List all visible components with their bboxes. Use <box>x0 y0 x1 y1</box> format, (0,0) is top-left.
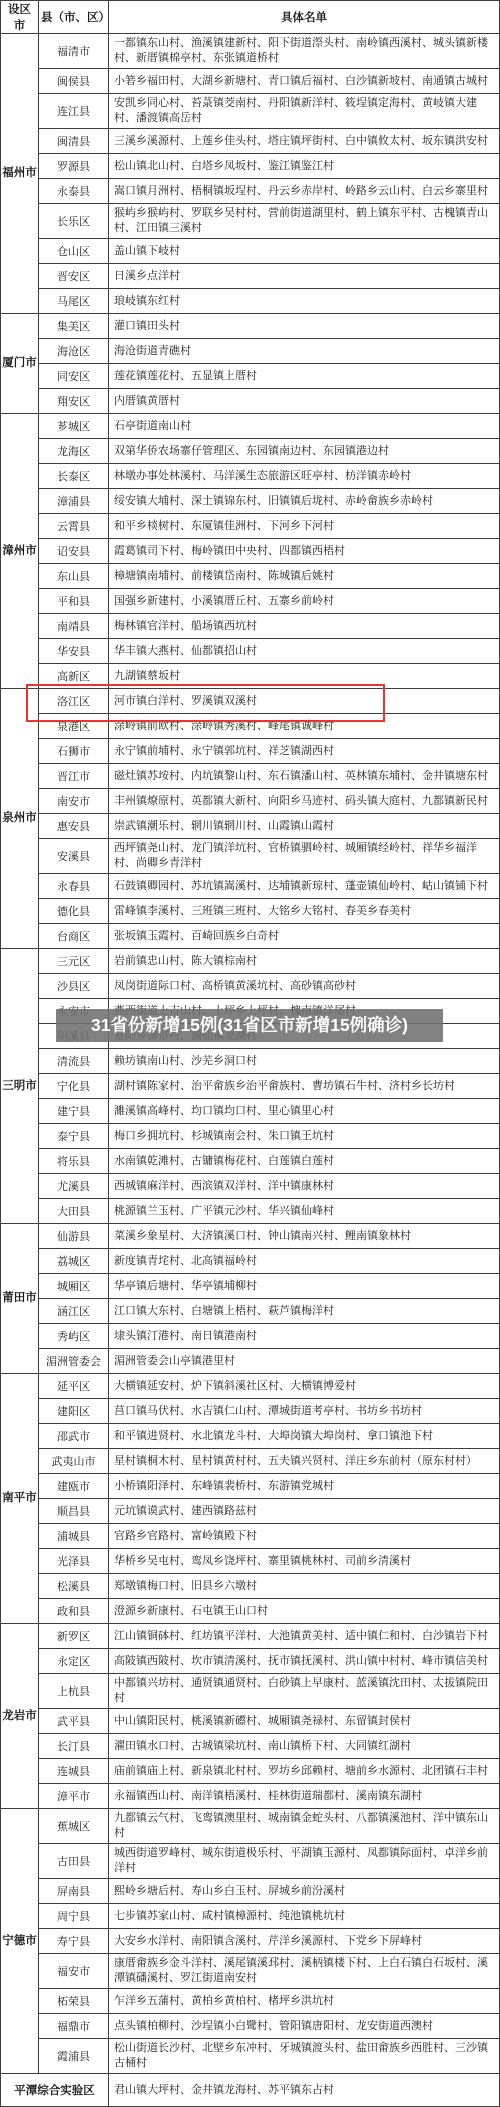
county-cell: 建宁县 <box>39 1099 109 1124</box>
county-cell: 芗城区 <box>39 414 109 439</box>
city-cell: 三明市 <box>1 949 39 1224</box>
village-list-cell: 岩前镇忠山村、陈大镇棕南村 <box>109 949 500 974</box>
article-title-overlay: 31省份新增15例(31省区市新增15例确诊) <box>56 1009 443 1042</box>
village-list-cell: 松山街道长沙村、北壁乡东冲村、牙城镇渡头村、盐田畲族乡西胜村、三沙镇古桶村 <box>109 2039 500 2074</box>
village-list-cell: 梅林镇官洋村、船场镇西坑村 <box>109 614 500 639</box>
village-list-cell: 石亭街道南山村 <box>109 414 500 439</box>
table-row: 闽侯县小箬乡福田村、大湖乡新塘村、青口镇后福村、白沙镇新坡村、南通镇古城村 <box>1 69 500 94</box>
city-cell: 漳州市 <box>1 414 39 689</box>
village-list-cell: 濉溪镇高峰村、均口镇均口村、里心镇里心村 <box>109 1099 500 1124</box>
village-list-cell: 九都镇云气村、飞鸾镇澳里村、城南镇金蛇头村、八都镇溪池村、洋中镇东山村 <box>109 1809 500 1844</box>
table-row: 福鼎市点头镇柏柳村、沙埕镇小白鹭村、管阳镇唐阳村、龙安街道西澳村 <box>1 2014 500 2039</box>
table-row: 福州市福清市一都镇东山村、渔溪镇建新村、阳下街道漈头村、南岭镇西溪村、城头镇新楼… <box>1 34 500 69</box>
table-row: 南安市丰州镇燎原村、英都镇大新村、向阳乡马迹村、码头镇大庭村、九都镇新民村 <box>1 789 500 814</box>
county-cell: 惠安县 <box>39 814 109 839</box>
county-cell: 宁化县 <box>39 1074 109 1099</box>
county-cell: 高新区 <box>39 664 109 689</box>
village-list-cell: 城西街道罗峰村、城东街道极乐村、平湖镇玉源村、凤都镇际面村、卓洋乡前洋村 <box>109 1844 500 1879</box>
table-row: 诏安县霞葛镇司下村、梅岭镇田中央村、四都镇西梧村 <box>1 539 500 564</box>
pingtan-region-cell: 平潭综合实验区 <box>1 2074 109 2107</box>
county-cell: 罗源县 <box>39 154 109 179</box>
table-row: 长乐区猴屿乡猴屿村、罗联乡吴村村、营前街道湖里村、鹤上镇东平村、古槐镇青山村、江… <box>1 204 500 239</box>
table-row: 松溪县郑墩镇梅口村、旧县乡六墩村 <box>1 1574 500 1599</box>
county-cell: 集美区 <box>39 314 109 339</box>
county-cell: 台商区 <box>39 924 109 949</box>
county-cell: 沙县区 <box>39 974 109 999</box>
table-row: 寿宁县大安乡水洋村、南阳镇含溪村、芹洋乡溪源村、下党乡下屏峰村 <box>1 1929 500 1954</box>
village-list-cell: 嵩口镇月洲村、梧桐镇坂埕村、丹云乡赤岸村、岭路乡云山村、白云乡寨里村 <box>109 179 500 204</box>
village-list-cell: 中山镇阳民村、桃溪镇新礤村、城厢镇尧禄村、东留镇封侯村 <box>109 1709 500 1734</box>
village-list-cell: 西城镇麻洋村、西滨镇双洋村、洋中镇康林村 <box>109 1174 500 1199</box>
village-list-cell: 张坂镇玉霞村、百崎回族乡白奇村 <box>109 924 500 949</box>
table-row: 屏南县熙岭乡塘后村、寿山乡白玉村、屏城乡前汾溪村 <box>1 1879 500 1904</box>
table-row: 政和县澄源乡新康村、石屯镇王山口村 <box>1 1599 500 1624</box>
table-row: 马尾区琅岐镇东红村 <box>1 289 500 314</box>
county-cell: 大田县 <box>39 1199 109 1224</box>
village-list-cell: 绥安镇大埔村、深土镇锦东村、旧镇镇后垅村、赤岭畲族乡赤岭村 <box>109 489 500 514</box>
table-row: 泉州市洛江区河市镇白洋村、罗溪镇双溪村 <box>1 689 500 714</box>
table-row: 建瓯市小桥镇阳泽村、东峰镇裴桥村、东游镇党城村 <box>1 1474 500 1499</box>
county-cell: 漳浦县 <box>39 489 109 514</box>
county-cell: 连江县 <box>39 94 109 129</box>
table-row: 建阳区莒口镇马伏村、水吉镇仁山村、潭城街道考亭村、书坊乡书坊村 <box>1 1399 500 1424</box>
table-row-pingtan: 平潭综合实验区君山镇大坪村、金井镇龙海村、苏平镇东占村 <box>1 2074 500 2107</box>
village-list-cell: 郑墩镇梅口村、旧县乡六墩村 <box>109 1574 500 1599</box>
table-row: 石狮市永宁镇前埔村、永宁镇郭坑村、祥芝镇湖西村 <box>1 739 500 764</box>
table-row: 城厢区华亭镇后塘村、华亭镇埔柳村 <box>1 1274 500 1299</box>
county-cell: 平和县 <box>39 589 109 614</box>
county-cell: 仓山区 <box>39 239 109 264</box>
county-cell: 永泰县 <box>39 179 109 204</box>
table-row: 漳浦县绥安镇大埔村、深土镇锦东村、旧镇镇后垅村、赤岭畲族乡赤岭村 <box>1 489 500 514</box>
table-row: 霞浦县松山街道长沙村、北壁乡东冲村、牙城镇渡头村、盐田畲族乡西胜村、三沙镇古桶村 <box>1 2039 500 2074</box>
village-list-cell: 灌口镇田头村 <box>109 314 500 339</box>
village-list-cell: 水南镇乾滩村、古镛镇梅花村、白莲镇白莲村 <box>109 1149 500 1174</box>
village-list-cell: 梅口乡拥坑村、杉城镇南会村、朱口镇王坑村 <box>109 1124 500 1149</box>
village-list-cell: 江口镇大东村、白塘镇上梧村、萩芦镇梅洋村 <box>109 1299 500 1324</box>
table-row: 南平市延平区大横镇延安村、炉下镇斜溪社区村、大横镇博爱村 <box>1 1374 500 1399</box>
village-list-cell: 国强乡新建村、小溪镇厝丘村、五寨乡前岭村 <box>109 589 500 614</box>
village-list-cell: 西坪镇尧山村、龙门镇洋坑村、官桥镇驷岭村、城厢镇经岭村、祥华乡福洋村、尚卿乡青洋… <box>109 839 500 874</box>
page: 设区市 县（市、区） 具体名单 福州市福清市一都镇东山村、渔溪镇建新村、阳下街道… <box>0 0 500 2107</box>
table-row: 建宁县濉溪镇高峰村、均口镇均口村、里心镇里心村 <box>1 1099 500 1124</box>
col-header-county: 县（市、区） <box>39 1 109 34</box>
village-list-cell: 高陂镇西陂村、坎市镇清溪村、抚市镇抚溪村、洪山镇中村村、峰市镇信美村 <box>109 1649 500 1674</box>
table-row: 沙县区凤岗街道际口村、高桥镇黄溪坑村、高砂镇高砂村 <box>1 974 500 999</box>
village-list-cell: 猴屿乡猴屿村、罗联乡吴村村、营前街道湖里村、鹤上镇东平村、古槐镇青山村、江田镇三… <box>109 204 500 239</box>
village-list-cell: 小箬乡福田村、大湖乡新塘村、青口镇后福村、白沙镇新坡村、南通镇古城村 <box>109 69 500 94</box>
village-list-cell: 和平镇进贤村、水北镇龙斗村、大埠岗镇大埠岗村、拿口镇池下村 <box>109 1424 500 1449</box>
table-row: 海沧区海沧街道青礁村 <box>1 339 500 364</box>
village-list-cell: 赖坊镇南山村、沙芜乡洞口村 <box>109 1049 500 1074</box>
county-cell: 建阳区 <box>39 1399 109 1424</box>
table-row: 福安市康厝畲族乡金斗洋村、溪尾镇溪邳村、溪柄镇楼下村、上白石镇白石坂村、溪潭镇磻… <box>1 1954 500 1989</box>
village-list-cell: 永福镇西山村、南洋镇梧溪村、桂林街道瑞都村、溪南镇东湖村 <box>109 1784 500 1809</box>
county-cell: 德化县 <box>39 899 109 924</box>
county-cell: 翔安区 <box>39 389 109 414</box>
county-cell: 南安市 <box>39 789 109 814</box>
county-cell: 永定区 <box>39 1649 109 1674</box>
table-row: 罗源县松山镇北山村、白塔乡凤坂村、鉴江镇鉴江村 <box>1 154 500 179</box>
county-cell: 延平区 <box>39 1374 109 1399</box>
county-cell: 晋江市 <box>39 764 109 789</box>
village-list-cell: 小桥镇阳泽村、东峰镇裴桥村、东游镇党城村 <box>109 1474 500 1499</box>
city-cell: 厦门市 <box>1 314 39 414</box>
village-list-cell: 君山镇大坪村、金井镇龙海村、苏平镇东占村 <box>109 2074 500 2107</box>
county-cell: 永春县 <box>39 874 109 899</box>
table-row: 邵武市和平镇进贤村、水北镇龙斗村、大埠岗镇大埠岗村、拿口镇池下村 <box>1 1424 500 1449</box>
table-row: 顺昌县元坑镇谟武村、建西镇路兹村 <box>1 1499 500 1524</box>
county-cell: 光泽县 <box>39 1549 109 1574</box>
village-list-cell: 和平乡棪树村、东厦镇佳洲村、下河乡下河村 <box>109 514 500 539</box>
table-row: 平和县国强乡新建村、小溪镇厝丘村、五寨乡前岭村 <box>1 589 500 614</box>
table-row: 秀屿区埭头镇汀港村、南日镇港南村 <box>1 1324 500 1349</box>
table-row: 安溪县西坪镇尧山村、龙门镇洋坑村、官桥镇驷岭村、城厢镇经岭村、祥华乡福洋村、尚卿… <box>1 839 500 874</box>
table-row: 柘荣县乍洋乡五蒲村、黄柏乡黄柏村、楮坪乡洪坑村 <box>1 1989 500 2014</box>
table-row: 永泰县嵩口镇月洲村、梧桐镇坂埕村、丹云乡赤岸村、岭路乡云山村、白云乡寨里村 <box>1 179 500 204</box>
village-list-cell: 濯田镇水口村、古城镇梁坑村、南山镇桥下村、大同镇红湖村 <box>109 1734 500 1759</box>
village-list-cell: 三溪乡溪源村、上莲乡佳头村、塔庄镇坪街村、白中镇攸太村、坂东镇洪安村 <box>109 129 500 154</box>
table-row: 清流县赖坊镇南山村、沙芜乡洞口村 <box>1 1049 500 1074</box>
village-list-cell: 莲花镇莲花村、五显镇上厝村 <box>109 364 500 389</box>
table-row: 古田县城西街道罗峰村、城东街道极乐村、平湖镇玉源村、凤都镇际面村、卓洋乡前洋村 <box>1 1844 500 1879</box>
table-body: 福州市福清市一都镇东山村、渔溪镇建新村、阳下街道漈头村、南岭镇西溪村、城头镇新楼… <box>1 34 500 2107</box>
table-row: 涵江区江口镇大东村、白塘镇上梧村、萩芦镇梅洋村 <box>1 1299 500 1324</box>
county-cell: 漳平市 <box>39 1784 109 1809</box>
table-row: 翔安区内厝镇黄厝村 <box>1 389 500 414</box>
county-cell: 长泰区 <box>39 464 109 489</box>
table-row: 光泽县华桥乡吴屯村、鸾凤乡饶坪村、寨里镇桃林村、司前乡清溪村 <box>1 1549 500 1574</box>
village-list-cell: 大安乡水洋村、南阳镇含溪村、芹洋乡溪源村、下党乡下屏峰村 <box>109 1929 500 1954</box>
city-cell: 宁德市 <box>1 1809 39 2074</box>
village-list-cell: 桃源镇兰玉村、广平镇元沙村、华兴镇仙峰村 <box>109 1199 500 1224</box>
village-list-cell: 双第华侨农场寨仔管理区、东园镇南边村、东园镇港边村 <box>109 439 500 464</box>
county-cell: 华安县 <box>39 639 109 664</box>
village-list-cell: 菜溪乡象星村、大济镇溪口村、钟山镇南兴村、鲤南镇象林村 <box>109 1224 500 1249</box>
county-cell: 福安市 <box>39 1954 109 1989</box>
city-cell: 龙岩市 <box>1 1624 39 1809</box>
table-row: 仓山区盖山镇下岐村 <box>1 239 500 264</box>
village-list-cell: 崇武镇潮乐村、辋川镇辋川村、山霞镇山霞村 <box>109 814 500 839</box>
county-cell: 浦城县 <box>39 1524 109 1549</box>
county-cell: 政和县 <box>39 1599 109 1624</box>
village-list-cell: 日溪乡点洋村 <box>109 264 500 289</box>
table-row: 永定区高陂镇西陂村、坎市镇清溪村、抚市镇抚溪村、洪山镇中村村、峰市镇信美村 <box>1 1649 500 1674</box>
table-row: 龙海区双第华侨农场寨仔管理区、东园镇南边村、东园镇港边村 <box>1 439 500 464</box>
village-list-cell: 江山镇铜砵村、红坊镇平洋村、大池镇黄美村、适中镇仁和村、白沙镇岩下村 <box>109 1624 500 1649</box>
county-cell: 建瓯市 <box>39 1474 109 1499</box>
table-row: 尤溪县西城镇麻洋村、西滨镇双洋村、洋中镇康林村 <box>1 1174 500 1199</box>
table-row: 大田县桃源镇兰玉村、广平镇元沙村、华兴镇仙峰村 <box>1 1199 500 1224</box>
village-list-cell: 一都镇东山村、渔溪镇建新村、阳下街道漈头村、南岭镇西溪村、城头镇新楼村、新厝镇棉… <box>109 34 500 69</box>
county-cell: 云霄县 <box>39 514 109 539</box>
table-row: 德化县雷峰镇李溪村、三班镇三班村、大铭乡大铭村、春美乡春美村 <box>1 899 500 924</box>
village-list-cell: 澄源乡新康村、石屯镇王山口村 <box>109 1599 500 1624</box>
county-cell: 屏南县 <box>39 1879 109 1904</box>
village-list-cell: 安凯乡同心村、苔菉镇茭南村、丹阳镇新洋村、筱埕镇定海村、黄岐镇大建村、潘渡镇高岳… <box>109 94 500 129</box>
village-list-cell: 磁灶镇苏垵村、内坑镇黎山村、东石镇潘山村、英林镇东埔村、金井镇塘东村 <box>109 764 500 789</box>
table-row: 将乐县水南镇乾滩村、古镛镇梅花村、白莲镇白莲村 <box>1 1149 500 1174</box>
village-list-cell: 乍洋乡五蒲村、黄柏乡黄柏村、楮坪乡洪坑村 <box>109 1989 500 2014</box>
table-row: 泰宁县梅口乡拥坑村、杉城镇南会村、朱口镇王坑村 <box>1 1124 500 1149</box>
table-row: 漳平市永福镇西山村、南洋镇梧溪村、桂林街道瑞都村、溪南镇东湖村 <box>1 1784 500 1809</box>
county-cell: 湄洲管委会 <box>39 1349 109 1374</box>
village-list-cell: 湄洲管委会山亭镇港里村 <box>109 1349 500 1374</box>
table-row: 长泰区林墩办事处林溪村、马洋溪生态旅游区旺亭村、枋洋镇赤岭村 <box>1 464 500 489</box>
table-row: 莆田市仙游县菜溪乡象星村、大济镇溪口村、钟山镇南兴村、鲤南镇象林村 <box>1 1224 500 1249</box>
table-row: 惠安县崇武镇潮乐村、辋川镇辋川村、山霞镇山霞村 <box>1 814 500 839</box>
table-row: 浦城县官路乡官路村、富岭镇殿下村 <box>1 1524 500 1549</box>
region-table: 设区市 县（市、区） 具体名单 福州市福清市一都镇东山村、渔溪镇建新村、阳下街道… <box>0 0 500 2107</box>
table-row: 湄洲管委会湄洲管委会山亭镇港里村 <box>1 1349 500 1374</box>
table-row: 连江县安凯乡同心村、苔菉镇茭南村、丹阳镇新洋村、筱埕镇定海村、黄岐镇大建村、潘渡… <box>1 94 500 129</box>
village-list-cell: 盖山镇下岐村 <box>109 239 500 264</box>
village-list-cell: 河市镇白洋村、罗溪镇双溪村 <box>109 689 500 714</box>
county-cell: 东山县 <box>39 564 109 589</box>
county-cell: 长乐区 <box>39 204 109 239</box>
table-row: 龙岩市新罗区江山镇铜砵村、红坊镇平洋村、大池镇黄美村、适中镇仁和村、白沙镇岩下村 <box>1 1624 500 1649</box>
table-row: 南靖县梅林镇官洋村、船场镇西坑村 <box>1 614 500 639</box>
county-cell: 上杭县 <box>39 1674 109 1709</box>
village-list-cell: 内厝镇黄厝村 <box>109 389 500 414</box>
header-row: 设区市 县（市、区） 具体名单 <box>1 1 500 34</box>
table-row: 漳州市芗城区石亭街道南山村 <box>1 414 500 439</box>
table-row: 永春县石鼓镇卿园村、苏坑镇嵩溪村、达埔镇新琼村、蓬壶镇仙岭村、岵山镇铺下村 <box>1 874 500 899</box>
county-cell: 闽清县 <box>39 129 109 154</box>
county-cell: 三元区 <box>39 949 109 974</box>
village-list-cell: 林墩办事处林溪村、马洋溪生态旅游区旺亭村、枋洋镇赤岭村 <box>109 464 500 489</box>
table-row: 荔城区新度镇青垞村、北高镇福岭村 <box>1 1249 500 1274</box>
county-cell: 新罗区 <box>39 1624 109 1649</box>
village-list-cell: 熙岭乡塘后村、寿山乡白玉村、屏城乡前汾溪村 <box>109 1879 500 1904</box>
village-list-cell: 官路乡官路村、富岭镇殿下村 <box>109 1524 500 1549</box>
table-row: 宁化县湖村镇陈家村、治平畲族乡治平畲族村、曹坊镇石牛村、济村乡长坊村 <box>1 1074 500 1099</box>
county-cell: 洛江区 <box>39 689 109 714</box>
village-list-cell: 点头镇柏柳村、沙埕镇小白鹭村、管阳镇唐阳村、龙安街道西澳村 <box>109 2014 500 2039</box>
village-list-cell: 海沧街道青礁村 <box>109 339 500 364</box>
col-header-list: 具体名单 <box>109 1 500 34</box>
table-row: 长汀县濯田镇水口村、古城镇梁坑村、南山镇桥下村、大同镇红湖村 <box>1 1734 500 1759</box>
county-cell: 荔城区 <box>39 1249 109 1274</box>
county-cell: 柘荣县 <box>39 1989 109 2014</box>
table-row: 晋江市磁灶镇苏垵村、内坑镇黎山村、东石镇潘山村、英林镇东埔村、金井镇塘东村 <box>1 764 500 789</box>
county-cell: 石狮市 <box>39 739 109 764</box>
county-cell: 武平县 <box>39 1709 109 1734</box>
village-list-cell: 永宁镇前埔村、永宁镇郭坑村、祥芝镇湖西村 <box>109 739 500 764</box>
village-list-cell: 九湖镇蔡坂村 <box>109 664 500 689</box>
county-cell: 秀屿区 <box>39 1324 109 1349</box>
table-row: 宁德市蕉城区九都镇云气村、飞鸾镇澳里村、城南镇金蛇头村、八都镇溪池村、洋中镇东山… <box>1 1809 500 1844</box>
table-row: 三明市三元区岩前镇忠山村、陈大镇棕南村 <box>1 949 500 974</box>
city-cell: 南平市 <box>1 1374 39 1624</box>
county-cell: 蕉城区 <box>39 1809 109 1844</box>
table-row: 连城县庙前镇庙上村、新泉镇北村村、罗坊乡邱赖村、塘前乡水源村、北团镇石丰村 <box>1 1759 500 1784</box>
village-list-cell: 樟塘镇南埔村、前楼镇岱南村、陈城镇后姚村 <box>109 564 500 589</box>
village-list-cell: 琅岐镇东红村 <box>109 289 500 314</box>
county-cell: 武夷山市 <box>39 1449 109 1474</box>
table-row: 台商区张坂镇玉霞村、百崎回族乡白奇村 <box>1 924 500 949</box>
county-cell: 周宁县 <box>39 1904 109 1929</box>
table-row: 武平县中山镇阳民村、桃溪镇新礤村、城厢镇尧禄村、东留镇封侯村 <box>1 1709 500 1734</box>
village-list-cell: 华桥乡吴屯村、鸾凤乡饶坪村、寨里镇桃林村、司前乡清溪村 <box>109 1549 500 1574</box>
county-cell: 泰宁县 <box>39 1124 109 1149</box>
table-row: 武夷山市星村镇桐木村、星村镇黄村村、五夫镇兴贤村、洋庄乡东前村（原东村村） <box>1 1449 500 1474</box>
village-list-cell: 元坑镇谟武村、建西镇路兹村 <box>109 1499 500 1524</box>
table-row: 厦门市集美区灌口镇田头村 <box>1 314 500 339</box>
village-list-cell: 大横镇延安村、炉下镇斜溪社区村、大横镇博爱村 <box>109 1374 500 1399</box>
county-cell: 晋安区 <box>39 264 109 289</box>
village-list-cell: 涂岭镇前欧村、涂岭镇秀溪村、峰尾镇诚峰村 <box>109 714 500 739</box>
county-cell: 仙游县 <box>39 1224 109 1249</box>
village-list-cell: 凤岗街道际口村、高桥镇黄溪坑村、高砂镇高砂村 <box>109 974 500 999</box>
county-cell: 古田县 <box>39 1844 109 1879</box>
village-list-cell: 庙前镇庙上村、新泉镇北村村、罗坊乡邱赖村、塘前乡水源村、北团镇石丰村 <box>109 1759 500 1784</box>
county-cell: 诏安县 <box>39 539 109 564</box>
county-cell: 清流县 <box>39 1049 109 1074</box>
village-list-cell: 华丰镇大燕村、仙都镇招山村 <box>109 639 500 664</box>
county-cell: 福清市 <box>39 34 109 69</box>
table-row: 高新区九湖镇蔡坂村 <box>1 664 500 689</box>
county-cell: 涵江区 <box>39 1299 109 1324</box>
county-cell: 将乐县 <box>39 1149 109 1174</box>
village-list-cell: 新度镇青垞村、北高镇福岭村 <box>109 1249 500 1274</box>
table-row: 云霄县和平乡棪树村、东厦镇佳洲村、下河乡下河村 <box>1 514 500 539</box>
city-cell: 莆田市 <box>1 1224 39 1374</box>
county-cell: 长汀县 <box>39 1734 109 1759</box>
table-row: 上杭县中都镇兴坊村、通贤镇通贤村、白砂镇上早康村、蓝溪镇沈田村、太拔镇院田村 <box>1 1674 500 1709</box>
county-cell: 顺昌县 <box>39 1499 109 1524</box>
village-list-cell: 湖村镇陈家村、治平畲族乡治平畲族村、曹坊镇石牛村、济村乡长坊村 <box>109 1074 500 1099</box>
county-cell: 同安区 <box>39 364 109 389</box>
county-cell: 寿宁县 <box>39 1929 109 1954</box>
county-cell: 马尾区 <box>39 289 109 314</box>
village-list-cell: 霞葛镇司下村、梅岭镇田中央村、四都镇西梧村 <box>109 539 500 564</box>
city-cell: 泉州市 <box>1 689 39 949</box>
col-header-city: 设区市 <box>1 1 39 34</box>
table-row: 闽清县三溪乡溪源村、上莲乡佳头村、塔庄镇坪街村、白中镇攸太村、坂东镇洪安村 <box>1 129 500 154</box>
village-list-cell: 七步镇苏家山村、咸村镇樟源村、纯池镇桃坑村 <box>109 1904 500 1929</box>
city-cell: 福州市 <box>1 34 39 314</box>
county-cell: 南靖县 <box>39 614 109 639</box>
table-row: 泉港区涂岭镇前欧村、涂岭镇秀溪村、峰尾镇诚峰村 <box>1 714 500 739</box>
table-row: 东山县樟塘镇南埔村、前楼镇岱南村、陈城镇后姚村 <box>1 564 500 589</box>
county-cell: 泉港区 <box>39 714 109 739</box>
table-row: 华安县华丰镇大燕村、仙都镇招山村 <box>1 639 500 664</box>
county-cell: 城厢区 <box>39 1274 109 1299</box>
county-cell: 海沧区 <box>39 339 109 364</box>
table-row: 晋安区日溪乡点洋村 <box>1 264 500 289</box>
village-list-cell: 星村镇桐木村、星村镇黄村村、五夫镇兴贤村、洋庄乡东前村（原东村村） <box>109 1449 500 1474</box>
village-list-cell: 华亭镇后塘村、华亭镇埔柳村 <box>109 1274 500 1299</box>
county-cell: 安溪县 <box>39 839 109 874</box>
village-list-cell: 莒口镇马伏村、水吉镇仁山村、潭城街道考亭村、书坊乡书坊村 <box>109 1399 500 1424</box>
table-row: 同安区莲花镇莲花村、五显镇上厝村 <box>1 364 500 389</box>
county-cell: 福鼎市 <box>39 2014 109 2039</box>
table-row: 周宁县七步镇苏家山村、咸村镇樟源村、纯池镇桃坑村 <box>1 1904 500 1929</box>
county-cell: 龙海区 <box>39 439 109 464</box>
county-cell: 霞浦县 <box>39 2039 109 2074</box>
village-list-cell: 石鼓镇卿园村、苏坑镇嵩溪村、达埔镇新琼村、蓬壶镇仙岭村、岵山镇铺下村 <box>109 874 500 899</box>
village-list-cell: 埭头镇汀港村、南日镇港南村 <box>109 1324 500 1349</box>
village-list-cell: 康厝畲族乡金斗洋村、溪尾镇溪邳村、溪柄镇楼下村、上白石镇白石坂村、溪潭镇磻溪村、… <box>109 1954 500 1989</box>
county-cell: 连城县 <box>39 1759 109 1784</box>
county-cell: 闽侯县 <box>39 69 109 94</box>
county-cell: 松溪县 <box>39 1574 109 1599</box>
village-list-cell: 中都镇兴坊村、通贤镇通贤村、白砂镇上早康村、蓝溪镇沈田村、太拔镇院田村 <box>109 1674 500 1709</box>
county-cell: 尤溪县 <box>39 1174 109 1199</box>
village-list-cell: 丰州镇燎原村、英都镇大新村、向阳乡马迹村、码头镇大庭村、九都镇新民村 <box>109 789 500 814</box>
county-cell: 邵武市 <box>39 1424 109 1449</box>
village-list-cell: 松山镇北山村、白塔乡凤坂村、鉴江镇鉴江村 <box>109 154 500 179</box>
village-list-cell: 雷峰镇李溪村、三班镇三班村、大铭乡大铭村、春美乡春美村 <box>109 899 500 924</box>
